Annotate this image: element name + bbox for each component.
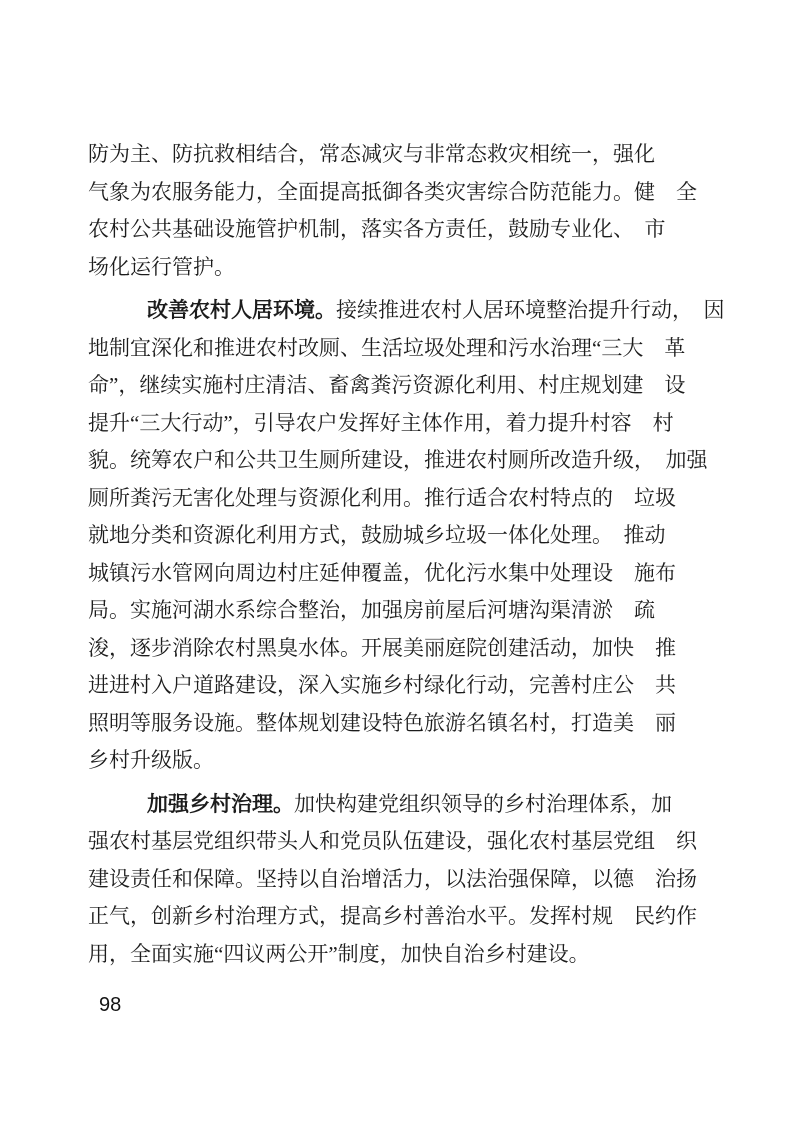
text-line: 加强乡村治理。加快构建党组织领导的乡村治理体系，加 [88, 786, 753, 824]
paragraph-lead-bold: 加强乡村治理。 [147, 792, 294, 816]
text-line: 浚，逐步消除农村黑臭水体。开展美丽庭院创建活动，加快 推 [88, 630, 753, 668]
text-line: 建设责任和保障。坚持以自治增活力，以法治强保障，以德 治扬 [88, 861, 753, 899]
text-line: 强农村基层党组织带头人和党员队伍建设，强化农村基层党组 织 [88, 823, 753, 861]
text-line: 命”，继续实施村庄清洁、畜禽粪污资源化利用、村庄规划建 设 [88, 367, 753, 405]
text-line: 改善农村人居环境。接续推进农村人居环境整治提升行动， 因 [88, 292, 753, 330]
text-line: 貌。统筹农户和公共卫生厕所建设，推进农村厕所改造升级， 加强 [88, 442, 753, 480]
text-line: 农村公共基础设施管护机制，落实各方责任，鼓励专业化、 市 [88, 211, 753, 249]
paragraph: 加强乡村治理。加快构建党组织领导的乡村治理体系，加强农村基层党组织带头人和党员队… [88, 786, 753, 974]
text-line: 照明等服务设施。整体规划建设特色旅游名镇名村，打造美 丽 [88, 705, 753, 743]
text-line: 进进村入户道路建设，深入实施乡村绿化行动，完善村庄公 共 [88, 667, 753, 705]
paragraph: 改善农村人居环境。接续推进农村人居环境整治提升行动， 因地制宜深化和推进农村改厕… [88, 292, 753, 780]
text-line: 气象为农服务能力，全面提高抵御各类灾害综合防范能力。健 全 [88, 174, 753, 212]
text-line: 正气，创新乡村治理方式，提高乡村善治水平。发挥村规 民约作 [88, 898, 753, 936]
paragraph-lead-bold: 改善农村人居环境。 [147, 298, 336, 322]
paragraph: 防为主、防抗救相结合，常态减灾与非常态救灾相统一，强化气象为农服务能力，全面提高… [88, 136, 753, 286]
document-page: 防为主、防抗救相结合，常态减灾与非常态救灾相统一，强化气象为农服务能力，全面提高… [0, 0, 793, 1122]
page-text: 防为主、防抗救相结合，常态减灾与非常态救灾相统一，强化气象为农服务能力，全面提高… [88, 136, 753, 973]
text-line: 厕所粪污无害化处理与资源化利用。推行适合农村特点的 垃圾 [88, 480, 753, 518]
text-line: 地制宜深化和推进农村改厕、生活垃圾处理和污水治理“三大 革 [88, 330, 753, 368]
text-line: 用，全面实施“四议两公开”制度，加快自治乡村建设。 [88, 936, 753, 974]
page-number: 98 [99, 994, 121, 1017]
text-line: 城镇污水管网向周边村庄延伸覆盖，优化污水集中处理设 施布 [88, 555, 753, 593]
text-line: 提升“三大行动”，引导农户发挥好主体作用，着力提升村容 村 [88, 405, 753, 443]
text-line: 就地分类和资源化利用方式，鼓励城乡垃圾一体化处理。 推动 [88, 517, 753, 555]
text-line: 乡村升级版。 [88, 742, 753, 780]
text-line: 局。实施河湖水系综合整治，加强房前屋后河塘沟渠清淤 疏 [88, 592, 753, 630]
text-line: 场化运行管护。 [88, 249, 753, 287]
text-line: 防为主、防抗救相结合，常态减灾与非常态救灾相统一，强化 [88, 136, 753, 174]
